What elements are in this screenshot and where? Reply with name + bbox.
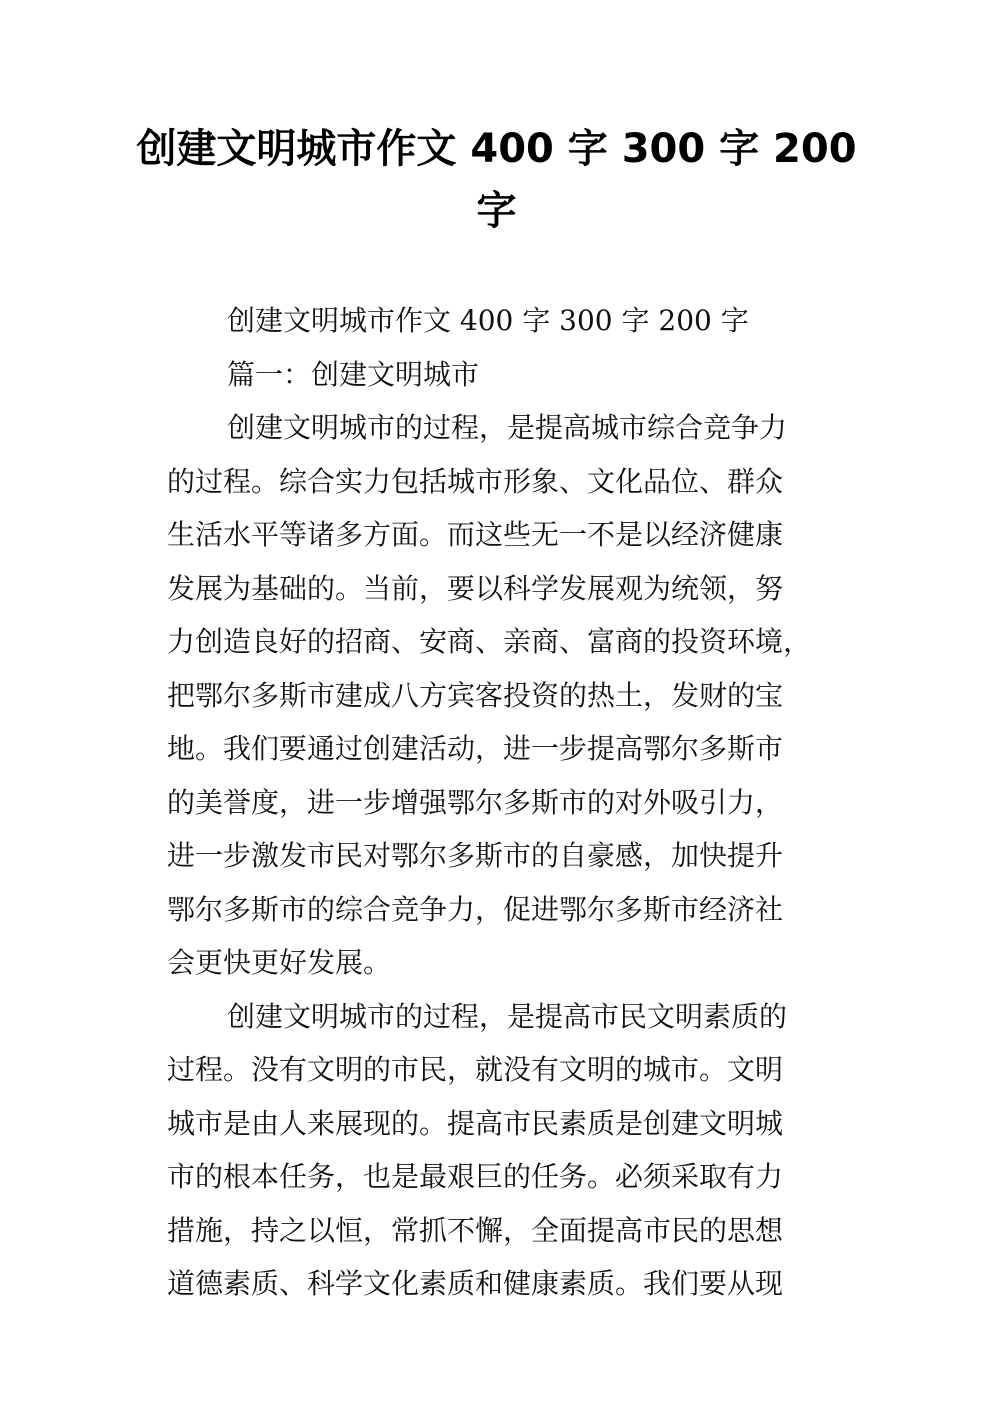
paragraph-line: 进一步激发市民对鄂尔多斯市的自豪感，加快提升 xyxy=(167,829,847,883)
paragraph-line: 过程。没有文明的市民，就没有文明的城市。文明 xyxy=(167,1043,847,1097)
document-body: 创建文明城市作文 400 字 300 字 200 字 篇一：创建文明城市 创建文… xyxy=(167,294,847,1311)
paragraph-line: 地。我们要通过创建活动，进一步提高鄂尔多斯市 xyxy=(167,722,847,776)
section-heading: 篇一：创建文明城市 xyxy=(167,348,847,402)
paragraph-line: 发展为基础的。当前，要以科学发展观为统领，努 xyxy=(167,562,847,616)
paragraph-2: 创建文明城市的过程，是提高市民文明素质的 过程。没有文明的市民，就没有文明的城市… xyxy=(167,990,847,1311)
paragraph-line: 城市是由人来展现的。提高市民素质是创建文明城 xyxy=(167,1097,847,1151)
paragraph-line: 力创造良好的招商、安商、亲商、富商的投资环境， xyxy=(167,615,847,669)
paragraph-line: 措施，持之以恒，常抓不懈，全面提高市民的思想 xyxy=(167,1204,847,1258)
subtitle: 创建文明城市作文 400 字 300 字 200 字 xyxy=(167,294,847,348)
paragraph-line: 把鄂尔多斯市建成八方宾客投资的热土，发财的宝 xyxy=(167,669,847,723)
title-line: 创建文明城市作文 400 字 300 字 200 xyxy=(100,118,893,180)
paragraph-line: 道德素质、科学文化素质和健康素质。我们要从现 xyxy=(167,1257,847,1311)
paragraph-line: 创建文明城市的过程，是提高城市综合竞争力 xyxy=(167,401,847,455)
document-title: 创建文明城市作文 400 字 300 字 200 字 xyxy=(100,118,893,242)
paragraph-line: 创建文明城市的过程，是提高市民文明素质的 xyxy=(167,990,847,1044)
paragraph-line: 的过程。综合实力包括城市形象、文化品位、群众 xyxy=(167,455,847,509)
paragraph-1: 创建文明城市的过程，是提高城市综合竞争力 的过程。综合实力包括城市形象、文化品位… xyxy=(167,401,847,990)
paragraph-line: 的美誉度，进一步增强鄂尔多斯市的对外吸引力， xyxy=(167,776,847,830)
paragraph-line: 生活水平等诸多方面。而这些无一不是以经济健康 xyxy=(167,508,847,562)
paragraph-line: 市的根本任务，也是最艰巨的任务。必须采取有力 xyxy=(167,1150,847,1204)
document-page: 创建文明城市作文 400 字 300 字 200 字 创建文明城市作文 400 … xyxy=(0,0,993,1404)
paragraph-line: 鄂尔多斯市的综合竞争力，促进鄂尔多斯市经济社 xyxy=(167,883,847,937)
paragraph-line: 会更快更好发展。 xyxy=(167,936,847,990)
title-line: 字 xyxy=(100,180,893,242)
